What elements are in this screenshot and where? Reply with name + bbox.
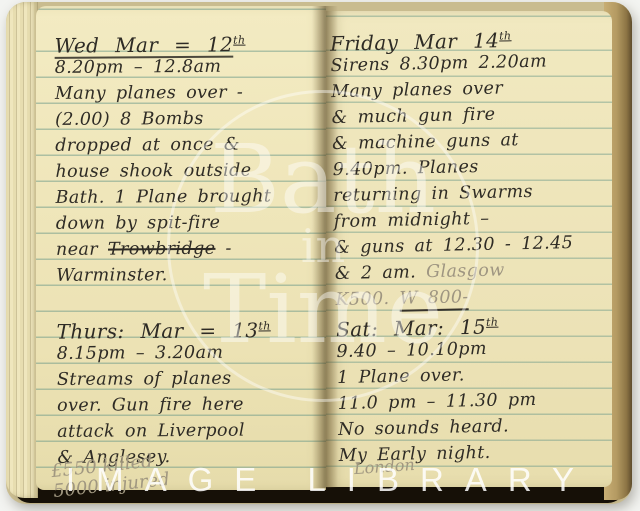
entry-date: Wed Mar = 12th — [54, 27, 320, 55]
right-page-text: Friday Mar 14th Sirens 8.30pm 2.20am Man… — [330, 21, 610, 469]
diary-line: (2.00) 8 Bombs — [55, 105, 321, 133]
notebook: Wed Mar = 12th 8.20pm – 12.8am Many plan… — [6, 2, 632, 504]
struck-out-word: Trowbridge — [108, 239, 216, 260]
blank-line — [56, 287, 322, 315]
diary-line: over. Gun fire here — [57, 391, 323, 419]
diary-line: house shook outside — [55, 157, 321, 185]
date-ordinal: th — [486, 316, 499, 329]
pencil-line-part-underlined: W 800- — [399, 287, 469, 311]
date-ordinal: th — [233, 34, 245, 47]
diary-line: near Trowbridge - — [56, 235, 322, 263]
spine-crease — [312, 6, 338, 488]
entry-date: Thurs: Mar = 13th — [56, 313, 322, 341]
date-ordinal: th — [258, 319, 270, 332]
left-page: Wed Mar = 12th 8.20pm – 12.8am Many plan… — [36, 6, 326, 490]
pencil-word: Glasgow — [426, 260, 505, 282]
diary-line: dropped at once & — [55, 131, 321, 159]
date-ordinal: th — [499, 29, 512, 42]
diary-line-part: - — [215, 239, 231, 259]
diary-line: Many planes over - — [55, 79, 321, 107]
pencil-annotation-line: London — [353, 455, 415, 479]
photo-background: Wed Mar = 12th 8.20pm – 12.8am Many plan… — [0, 0, 640, 511]
pencil-line-part: K500. — [335, 289, 399, 310]
diary-line: Bath. 1 Plane brought — [56, 183, 322, 211]
diary-line: Warminster. — [56, 261, 322, 289]
diary-line: 8.15pm – 3.20am — [57, 339, 323, 367]
diary-line-part: & 2 am. — [335, 262, 427, 284]
diary-line: Streams of planes — [57, 365, 323, 393]
diary-line: 8.20pm – 12.8am — [55, 53, 321, 81]
diary-line: attack on Liverpool — [57, 417, 323, 445]
diary-line-part: near — [56, 240, 108, 260]
page-edges — [6, 2, 38, 498]
left-page-text: Wed Mar = 12th 8.20pm – 12.8am Many plan… — [54, 27, 323, 471]
diary-line: down by spit-fire — [56, 209, 322, 237]
pencil-annotation: London — [353, 455, 415, 479]
right-page: Friday Mar 14th Sirens 8.30pm 2.20am Man… — [326, 11, 612, 487]
